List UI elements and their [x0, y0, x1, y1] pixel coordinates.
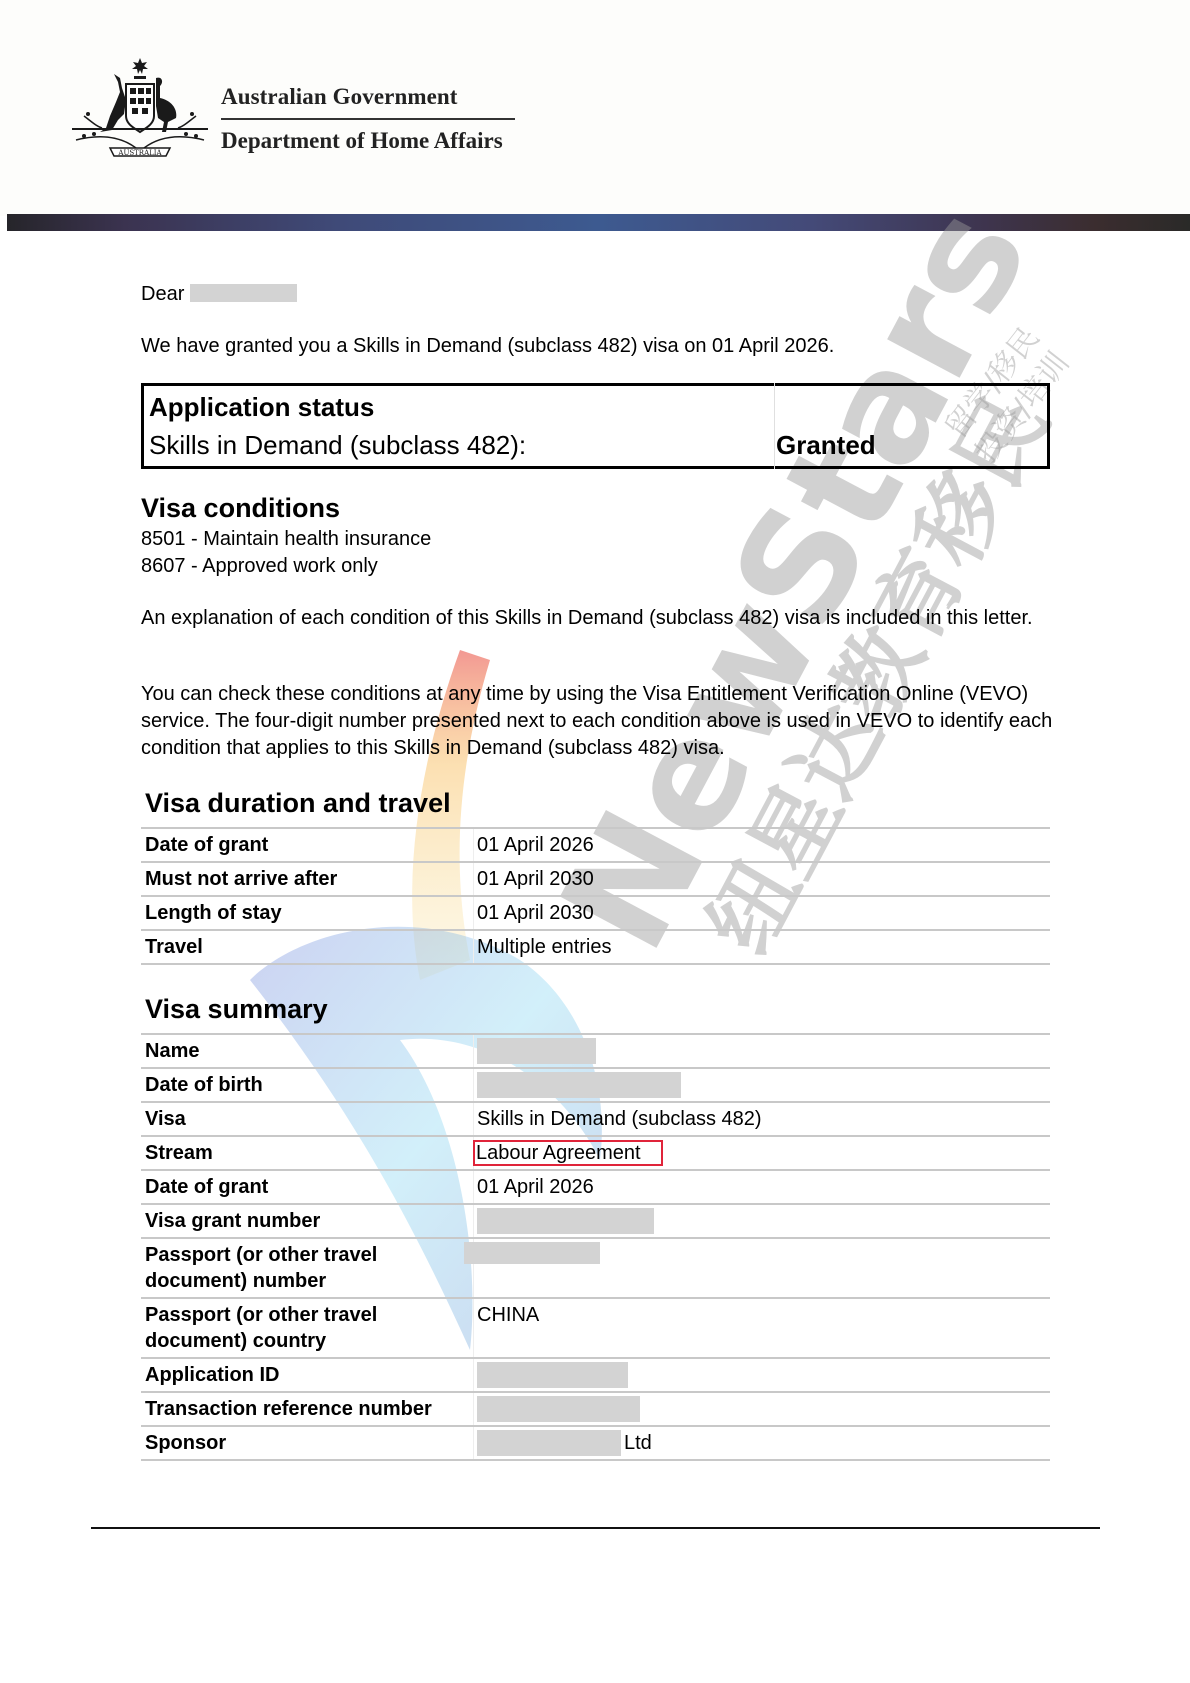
- table-row: Application ID: [141, 1357, 1050, 1391]
- row-label: Must not arrive after: [141, 863, 474, 895]
- row-label: Name: [141, 1035, 474, 1067]
- table-row: Length of stay 01 April 2030: [141, 895, 1050, 929]
- row-value: [474, 1035, 1050, 1067]
- table-row: Visa Skills in Demand (subclass 482): [141, 1101, 1050, 1135]
- table-row: Name: [141, 1033, 1050, 1067]
- row-label: Visa grant number: [141, 1205, 474, 1237]
- row-label: Travel: [141, 931, 474, 963]
- condition-item: 8501 - Maintain health insurance: [141, 526, 431, 552]
- duration-table: Date of grant 01 April 2026 Must not arr…: [141, 827, 1050, 965]
- table-row: Sponsor Ltd: [141, 1425, 1050, 1461]
- row-value: [474, 1359, 1050, 1391]
- stream-highlight: Labour Agreement: [473, 1140, 663, 1166]
- summary-heading: Visa summary: [145, 993, 328, 1025]
- row-label: Date of grant: [141, 829, 474, 861]
- table-row: Date of birth: [141, 1067, 1050, 1101]
- status-title: Application status: [149, 392, 374, 423]
- row-label: Passport (or other travel document) numb…: [141, 1239, 474, 1297]
- status-value: Granted: [776, 430, 876, 461]
- salutation: Dear: [141, 281, 297, 307]
- row-label: Visa: [141, 1103, 474, 1135]
- row-value: [464, 1239, 1050, 1297]
- row-value: [474, 1205, 1050, 1237]
- table-row: Transaction reference number: [141, 1391, 1050, 1425]
- row-value: Labour Agreement: [474, 1137, 1050, 1169]
- status-divider: [774, 383, 775, 469]
- row-label: Transaction reference number: [141, 1393, 474, 1425]
- redacted-sponsor-name: [477, 1430, 621, 1456]
- row-value: Ltd: [474, 1427, 1050, 1459]
- table-row: Passport (or other travel document) coun…: [141, 1297, 1050, 1357]
- recipient-name-redacted: [190, 284, 297, 302]
- visa-conditions-heading: Visa conditions: [141, 492, 340, 524]
- duration-heading: Visa duration and travel: [145, 787, 451, 819]
- table-row: Date of grant 01 April 2026: [141, 1169, 1050, 1203]
- redacted-value: [477, 1396, 640, 1422]
- table-row: Passport (or other travel document) numb…: [141, 1237, 1050, 1297]
- status-label: Skills in Demand (subclass 482):: [149, 430, 526, 461]
- row-label: Date of birth: [141, 1069, 474, 1101]
- row-value: [474, 1069, 1050, 1101]
- row-value: Multiple entries: [474, 931, 1050, 963]
- table-row: Travel Multiple entries: [141, 929, 1050, 965]
- sponsor-suffix: Ltd: [624, 1432, 652, 1454]
- table-row: Stream Labour Agreement: [141, 1135, 1050, 1169]
- footer-rule: [91, 1527, 1100, 1529]
- summary-table: Name Date of birth Visa Skills in Demand…: [141, 1033, 1050, 1461]
- table-row: Visa grant number: [141, 1203, 1050, 1237]
- row-label: Date of grant: [141, 1171, 474, 1203]
- table-row: Must not arrive after 01 April 2030: [141, 861, 1050, 895]
- row-label: Sponsor: [141, 1427, 474, 1459]
- application-status-box: Application status Skills in Demand (sub…: [141, 383, 1050, 469]
- row-value: 01 April 2030: [474, 897, 1050, 929]
- redacted-value: [477, 1072, 681, 1098]
- redacted-value: [464, 1242, 600, 1264]
- grant-intro: We have granted you a Skills in Demand (…: [141, 333, 834, 359]
- row-label: Stream: [141, 1137, 474, 1169]
- row-label: Application ID: [141, 1359, 474, 1391]
- row-value: 01 April 2030: [474, 863, 1050, 895]
- row-value: Skills in Demand (subclass 482): [474, 1103, 1050, 1135]
- condition-item: 8607 - Approved work only: [141, 553, 378, 579]
- redacted-value: [477, 1038, 596, 1064]
- table-row: Date of grant 01 April 2026: [141, 827, 1050, 861]
- row-value: CHINA: [474, 1299, 1050, 1357]
- vevo-note: You can check these conditions at any ti…: [141, 681, 1061, 762]
- row-value: 01 April 2026: [474, 829, 1050, 861]
- salutation-word: Dear: [141, 283, 184, 305]
- redacted-value: [477, 1208, 654, 1234]
- row-value: 01 April 2026: [474, 1171, 1050, 1203]
- conditions-explanation: An explanation of each condition of this…: [141, 605, 1061, 632]
- row-label: Length of stay: [141, 897, 474, 929]
- row-label: Passport (or other travel document) coun…: [141, 1299, 474, 1357]
- row-value: [474, 1393, 1050, 1425]
- redacted-value: [477, 1362, 628, 1388]
